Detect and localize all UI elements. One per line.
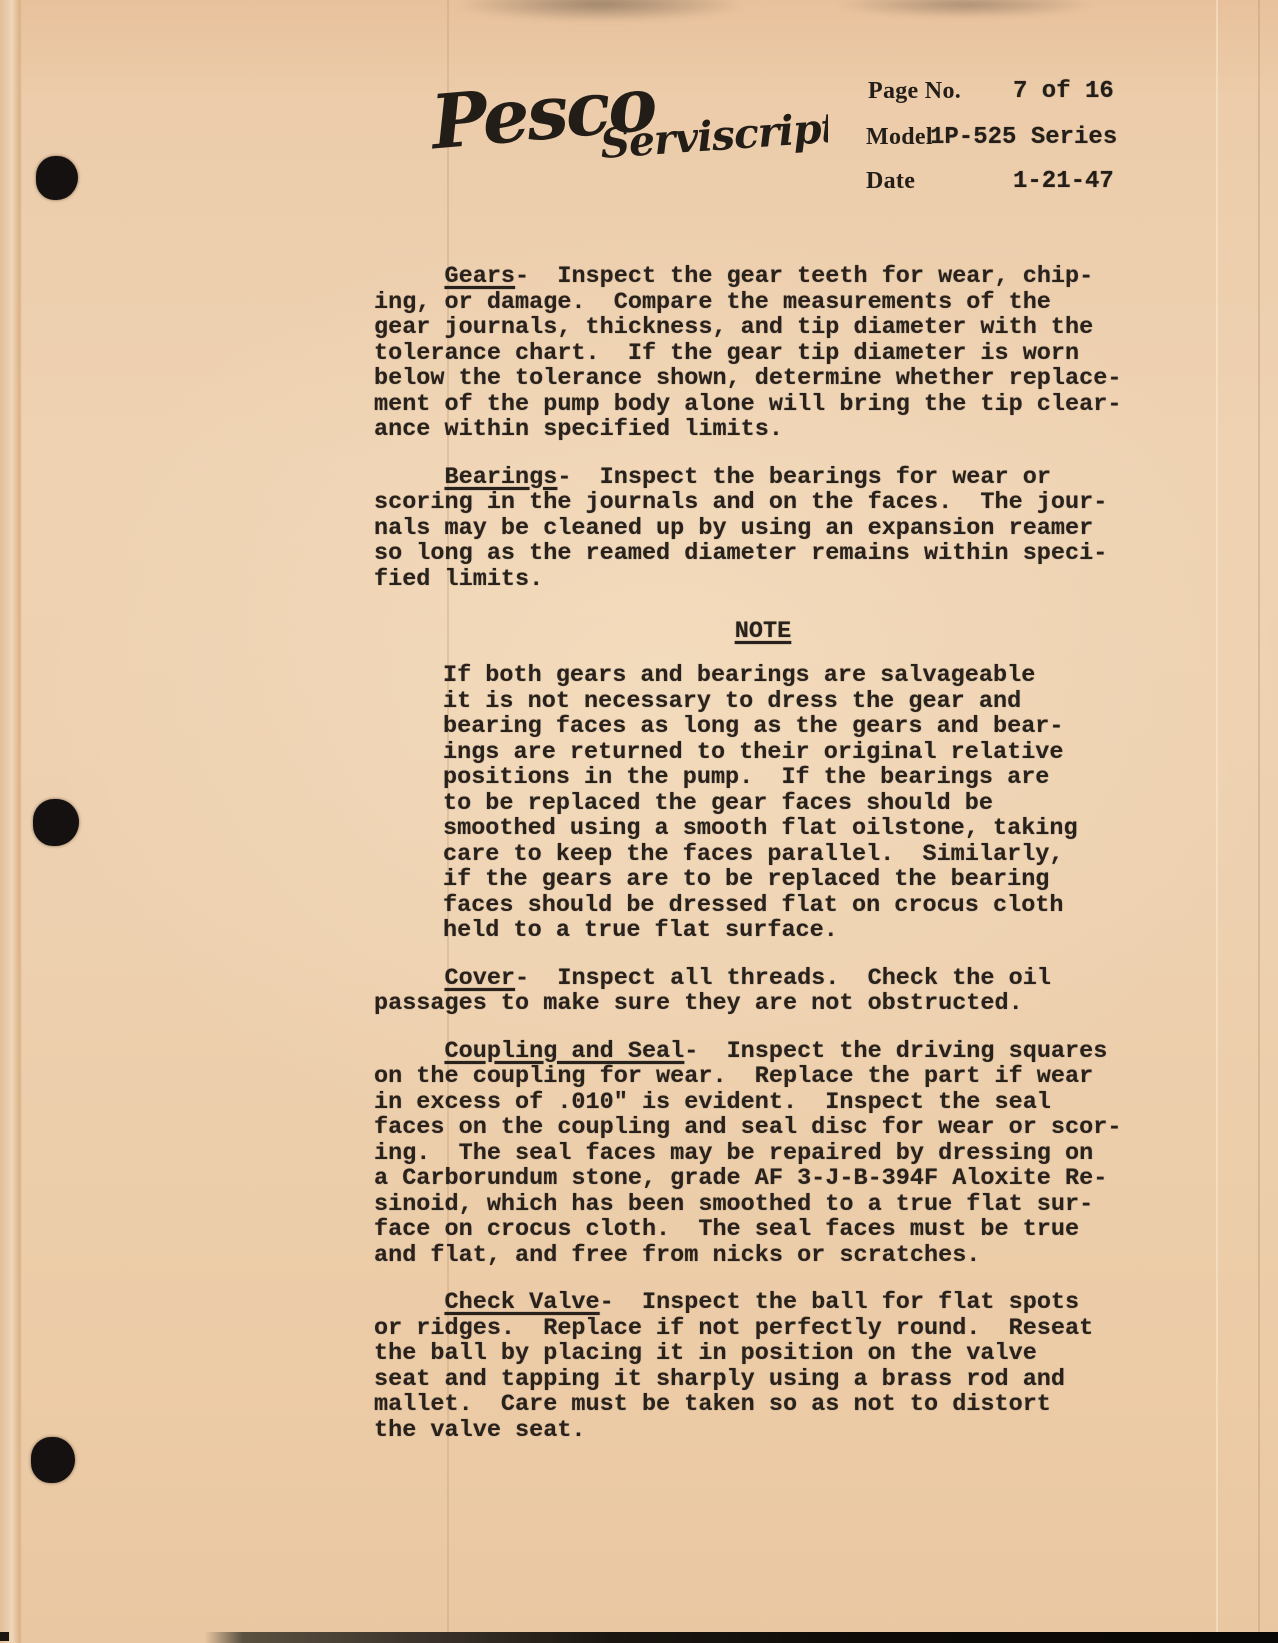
- text-line: gear journals, thickness, and tip diamet…: [374, 315, 1164, 341]
- text-line: seat and tapping it sharply using a bras…: [374, 1367, 1164, 1393]
- text-line: Check Valve- Inspect the ball for flat s…: [374, 1290, 1164, 1316]
- text-line: Cover- Inspect all threads. Check the oi…: [374, 966, 1164, 992]
- punch-hole-top: [36, 156, 78, 200]
- header-row-page-no-value: 7 of 16: [1013, 78, 1114, 105]
- punch-hole-bottom: [31, 1437, 75, 1483]
- text-line: the ball by placing it in position on th…: [374, 1341, 1164, 1367]
- header-row-date: Date: [866, 168, 915, 195]
- text-line: faces on the coupling and seal disc for …: [374, 1115, 1164, 1141]
- text-line: tolerance chart. If the gear tip diamete…: [374, 341, 1164, 367]
- header-row-model: Model: [866, 124, 933, 151]
- page-no-value: 7 of 16: [1013, 78, 1114, 105]
- text-line: in excess of .010" is evident. Inspect t…: [374, 1090, 1164, 1116]
- date-label: Date: [866, 168, 915, 194]
- text-line: held to a true flat surface.: [443, 918, 1164, 944]
- page-left-edge: [0, 0, 22, 1643]
- text-line: ing. The seal faces may be repaired by d…: [374, 1141, 1164, 1167]
- text-line: face on crocus cloth. The seal faces mus…: [374, 1217, 1164, 1243]
- text-line: or ridges. Replace if not perfectly roun…: [374, 1316, 1164, 1342]
- text-line: mallet. Care must be taken so as not to …: [374, 1392, 1164, 1418]
- para-gears: Gears- Inspect the gear teeth for wear, …: [374, 264, 1164, 443]
- paper-crease: [1258, 0, 1260, 1643]
- text-line: fied limits.: [374, 567, 1164, 593]
- section-heading: Check Valve: [445, 1289, 600, 1316]
- text-line: the valve seat.: [374, 1418, 1164, 1444]
- text-line: ment of the pump body alone will bring t…: [374, 392, 1164, 418]
- para-coupling-and-seal: Coupling and Seal- Inspect the driving s…: [374, 1039, 1164, 1269]
- note-body: If both gears and bearings are salvageab…: [443, 663, 1164, 944]
- para-check-valve: Check Valve- Inspect the ball for flat s…: [374, 1290, 1164, 1443]
- header-row-page-no: Page No.: [868, 78, 961, 105]
- punch-hole-middle: [33, 799, 79, 846]
- text-line: so long as the reamed diameter remains w…: [374, 541, 1164, 567]
- text-line: passages to make sure they are not obstr…: [374, 991, 1164, 1017]
- text-line: bearing faces as long as the gears and b…: [443, 714, 1164, 740]
- text-line: it is not necessary to dress the gear an…: [443, 689, 1164, 715]
- header-row-model-value: 1P-525 Series: [930, 124, 1117, 151]
- logo-star-icon: ★: [470, 92, 480, 110]
- section-heading: Gears: [445, 263, 516, 290]
- text-line: sinoid, which has been smoothed to a tru…: [374, 1192, 1164, 1218]
- text-line: Coupling and Seal- Inspect the driving s…: [374, 1039, 1164, 1065]
- header-row-date-value: 1-21-47: [1013, 168, 1114, 195]
- text-line: on the coupling for wear. Replace the pa…: [374, 1064, 1164, 1090]
- text-line: ance within specified limits.: [374, 417, 1164, 443]
- pesco-serviscript-logo: Pesco ★ Serviscript: [428, 62, 828, 174]
- model-value: 1P-525 Series: [930, 124, 1117, 151]
- scanned-page: Pesco ★ Serviscript Page No. 7 of 16 Mod…: [0, 0, 1278, 1643]
- section-heading: Cover: [445, 965, 516, 992]
- scan-bottom-bar: [0, 1632, 1278, 1643]
- text-line: scoring in the journals and on the faces…: [374, 490, 1164, 516]
- model-label: Model: [866, 124, 933, 150]
- text-line: below the tolerance shown, determine whe…: [374, 366, 1164, 392]
- text-line: positions in the pump. If the bearings a…: [443, 765, 1164, 791]
- logo-graphic: Pesco ★ Serviscript: [428, 62, 828, 174]
- scan-corner-notch: [0, 1632, 9, 1641]
- text-line: to be replaced the gear faces should be: [443, 791, 1164, 817]
- para-bearings: Bearings- Inspect the bearings for wear …: [374, 465, 1164, 593]
- text-line: care to keep the faces parallel. Similar…: [443, 842, 1164, 868]
- text-body: Gears- Inspect the gear teeth for wear, …: [374, 264, 1164, 1443]
- paper-crease: [1216, 0, 1218, 1643]
- text-line: if the gears are to be replaced the bear…: [443, 867, 1164, 893]
- text-line: ing, or damage. Compare the measurements…: [374, 290, 1164, 316]
- text-line: smoothed using a smooth flat oilstone, t…: [443, 816, 1164, 842]
- note-heading: NOTE: [443, 618, 1083, 645]
- text-line: faces should be dressed flat on crocus c…: [443, 893, 1164, 919]
- text-line: and flat, and free from nicks or scratch…: [374, 1243, 1164, 1269]
- text-line: Bearings- Inspect the bearings for wear …: [374, 465, 1164, 491]
- text-line: a Carborundum stone, grade AF 3-J-B-394F…: [374, 1166, 1164, 1192]
- text-line: ings are returned to their original rela…: [443, 740, 1164, 766]
- scan-smudge: [835, 0, 1095, 18]
- text-line: nals may be cleaned up by using an expan…: [374, 516, 1164, 542]
- page-no-label: Page No.: [868, 78, 961, 104]
- date-value: 1-21-47: [1013, 168, 1114, 195]
- section-heading: Coupling and Seal: [445, 1038, 685, 1065]
- section-heading: Bearings: [445, 464, 558, 491]
- note-heading-text: NOTE: [735, 618, 791, 645]
- para-cover: Cover- Inspect all threads. Check the oi…: [374, 966, 1164, 1017]
- text-line: Gears- Inspect the gear teeth for wear, …: [374, 264, 1164, 290]
- scan-smudge: [455, 0, 745, 22]
- text-line: If both gears and bearings are salvageab…: [443, 663, 1164, 689]
